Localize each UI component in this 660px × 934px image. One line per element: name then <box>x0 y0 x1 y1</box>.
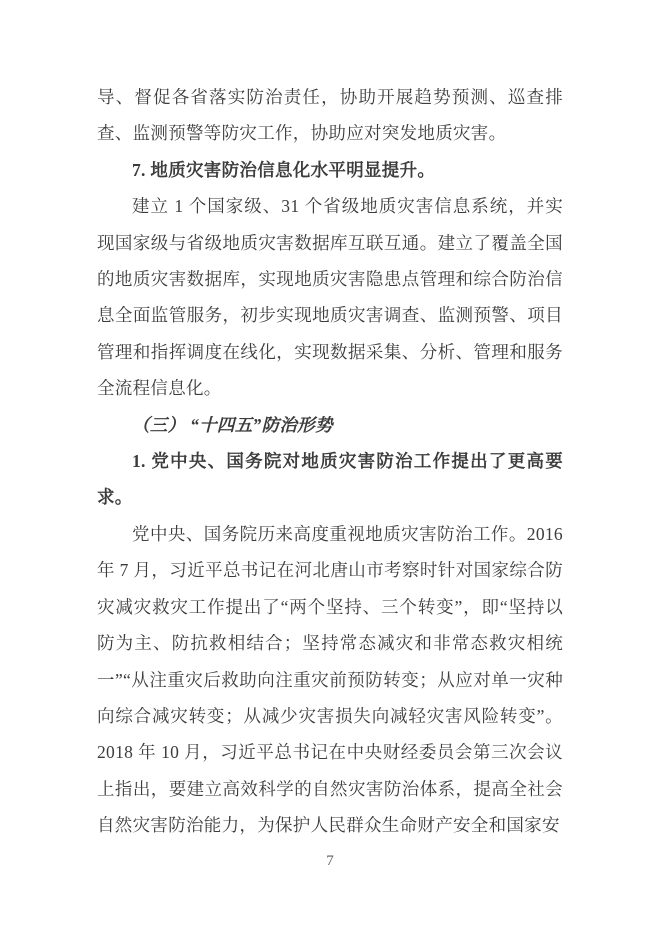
document-body: 导、督促各省落实防治责任，协助开展趋势预测、巡查排查、监测预警等防灾工作，协助应… <box>97 79 563 844</box>
section-heading-three: （三） “十四五”防治形势 <box>97 407 563 443</box>
document-page: 导、督促各省落实防治责任，协助开展趋势预测、巡查排查、监测预警等防灾工作，协助应… <box>0 0 660 934</box>
paragraph-continuation: 导、督促各省落实防治责任，协助开展趋势预测、巡查排查、监测预警等防灾工作，协助应… <box>97 79 563 152</box>
page-number: 7 <box>0 851 660 871</box>
paragraph-central-government: 党中央、国务院历来高度重视地质灾害防治工作。2016 年 7 月，习近平总书记在… <box>97 516 563 844</box>
numbered-heading-1: 1. 党中央、国务院对地质灾害防治工作提出了更高要求。 <box>97 443 563 516</box>
paragraph-info-systems: 建立 1 个国家级、31 个省级地质灾害信息系统，并实现国家级与省级地质灾害数据… <box>97 188 563 406</box>
numbered-heading-7: 7. 地质灾害防治信息化水平明显提升。 <box>97 152 563 188</box>
